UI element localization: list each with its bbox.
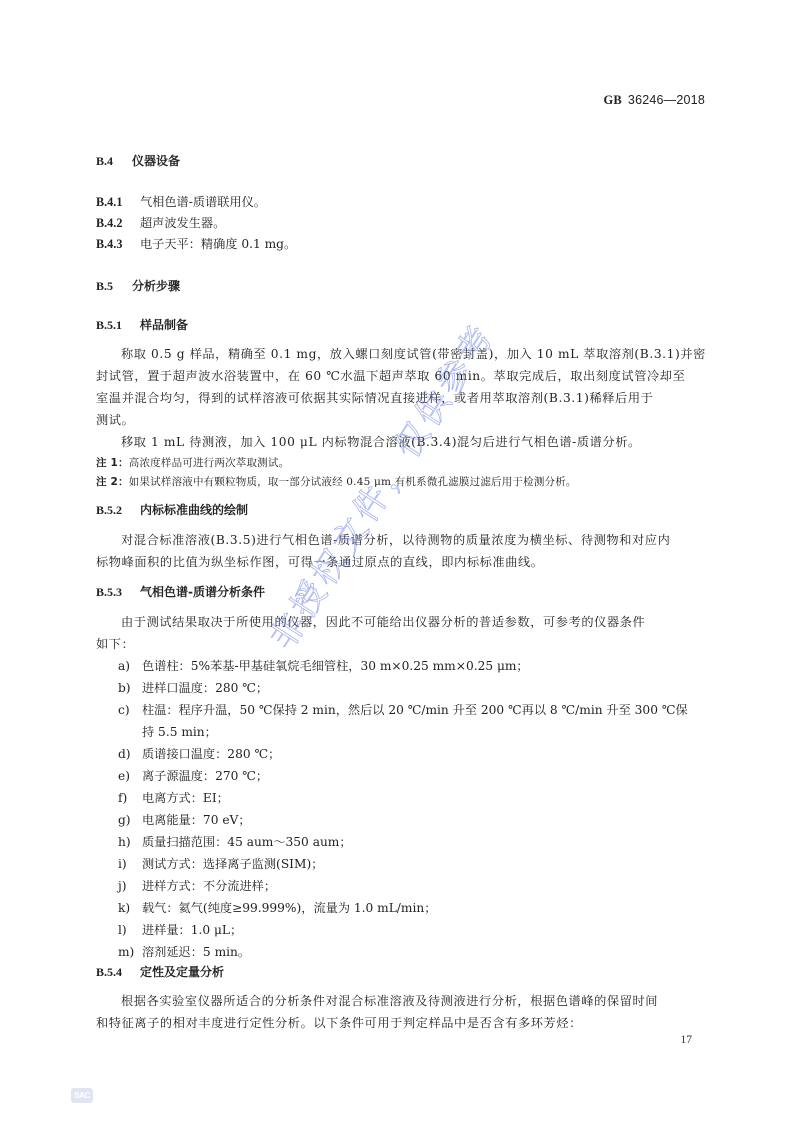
note-label: 注 1： xyxy=(96,457,129,469)
paragraph-line: 测试。 xyxy=(96,411,134,429)
list-item-f: f)电离方式：EI； xyxy=(96,789,229,807)
list-text: 进样口温度：280 ℃； xyxy=(142,681,268,695)
list-item-j: j)进样方式：不分流进样； xyxy=(96,877,276,895)
page-number: 17 xyxy=(681,1034,693,1046)
list-item-k: k)载气：氦气(纯度≥99.999%)，流量为 1.0 mL/min； xyxy=(96,899,436,917)
subsection-title: 样品制备 xyxy=(140,318,188,332)
list-label: j) xyxy=(118,877,142,895)
list-item-i: i)测试方式：选择离子监测(SIM)； xyxy=(96,855,323,873)
list-label: b) xyxy=(118,679,142,697)
clause-text: 超声波发生器。 xyxy=(140,216,225,230)
list-item-e: e)离子源温度：270 ℃； xyxy=(96,767,268,785)
list-text: 离子源温度：270 ℃； xyxy=(142,769,268,783)
subsection-heading-b5-3: B.5.3气相色谱-质谱分析条件 xyxy=(96,583,265,601)
note-text: 高浓度样品可进行两次萃取测试。 xyxy=(129,457,290,469)
standard-code: 36246—2018 xyxy=(628,93,705,107)
paragraph-line: 称取 0.5 g 样品，精确至 0.1 mg，放入螺口刻度试管(带密封盖)，加入… xyxy=(121,345,706,363)
note-1: 注 1：高浓度样品可进行两次萃取测试。 xyxy=(96,454,289,472)
section-title: 分析步骤 xyxy=(132,279,180,293)
clause-number: B.4.3 xyxy=(96,235,140,253)
paragraph-line: 封试管，置于超声波水浴装置中，在 60 ℃水温下超声萃取 60 min。萃取完成… xyxy=(96,367,685,385)
list-text: 进样量：1.0 μL； xyxy=(142,923,242,937)
subsection-title: 定性及定量分析 xyxy=(140,965,224,979)
list-text: 色谱柱：5%苯基-甲基硅氧烷毛细管柱，30 m×0.25 mm×0.25 μm； xyxy=(142,659,529,673)
note-label: 注 2： xyxy=(96,476,129,488)
section-title: 仪器设备 xyxy=(132,154,180,168)
subsection-heading-b5-2: B.5.2内标标准曲线的绘制 xyxy=(96,501,248,519)
section-number: B.5 xyxy=(96,277,132,295)
subsection-heading-b5-1: B.5.1样品制备 xyxy=(96,316,188,334)
paragraph-line: 根据各实验室仪器所适合的分析条件对混合标准溶液及待测液进行分析，根据色谱峰的保留… xyxy=(121,992,658,1010)
section-heading-b5: B.5分析步骤 xyxy=(96,277,180,295)
clause-number: B.4.2 xyxy=(96,214,140,232)
document-page: GB36246—2018 B.4仪器设备 B.4.1气相色谱-质谱联用仪。 B.… xyxy=(0,0,793,1122)
list-text: 柱温：程序升温，50 ℃保持 2 min，然后以 20 ℃/min 升至 200… xyxy=(142,703,688,717)
section-heading-b4: B.4仪器设备 xyxy=(96,152,180,170)
subsection-number: B.5.4 xyxy=(96,963,140,981)
list-label: k) xyxy=(118,899,142,917)
subsection-number: B.5.3 xyxy=(96,583,140,601)
paragraph-line: 对混合标准溶液(B.3.5)进行气相色谱-质谱分析，以待测物的质量浓度为横坐标、… xyxy=(121,531,670,549)
list-item-d: d)质谱接口温度：280 ℃； xyxy=(96,745,280,763)
list-item-h: h)质量扫描范围：45 aum～350 aum； xyxy=(96,833,352,851)
list-text: 质谱接口温度：280 ℃； xyxy=(142,747,280,761)
subsection-number: B.5.2 xyxy=(96,501,140,519)
sac-logo-icon: SAC xyxy=(71,1088,93,1103)
subsection-number: B.5.1 xyxy=(96,316,140,334)
paragraph-line: 由于测试结果取决于所使用的仪器，因此不可能给出仪器分析的普适参数，可参考的仪器条… xyxy=(121,613,645,631)
list-item-a: a)色谱柱：5%苯基-甲基硅氧烷毛细管柱，30 m×0.25 mm×0.25 μ… xyxy=(96,657,529,675)
list-label: e) xyxy=(118,767,142,785)
list-item-g: g)电离能量：70 eV； xyxy=(96,811,251,829)
section-number: B.4 xyxy=(96,152,132,170)
list-label: i) xyxy=(118,855,142,873)
list-label: h) xyxy=(118,833,142,851)
subsection-heading-b5-4: B.5.4定性及定量分析 xyxy=(96,963,224,981)
paragraph-line: 和特征离子的相对丰度进行定性分析。以下条件可用于判定样品中是否含有多环芳烃： xyxy=(96,1014,582,1032)
standard-number: GB36246—2018 xyxy=(603,93,705,108)
clause-b4-1: B.4.1气相色谱-质谱联用仪。 xyxy=(96,193,266,211)
list-label: g) xyxy=(118,811,142,829)
clause-text: 电子天平：精确度 0.1 mg。 xyxy=(140,237,296,251)
note-2: 注 2：如果试样溶液中有颗粒物质，取一部分试液经 0.45 μm 有机系微孔滤膜… xyxy=(96,473,577,491)
list-label: l) xyxy=(118,921,142,939)
clause-b4-3: B.4.3电子天平：精确度 0.1 mg。 xyxy=(96,235,296,253)
list-item-b: b)进样口温度：280 ℃； xyxy=(96,679,268,697)
list-text: 进样方式：不分流进样； xyxy=(142,879,276,893)
list-text-continuation: 持 5.5 min； xyxy=(142,723,217,741)
paragraph-line: 室温并混合均匀，得到的试样溶液可依据其实际情况直接进样，或者用萃取溶剂(B.3.… xyxy=(96,389,653,407)
standard-prefix: GB xyxy=(603,93,621,107)
paragraph-line: 标物峰面积的比值为纵坐标作图，可得一条通过原点的直线，即内标标准曲线。 xyxy=(96,553,544,571)
subsection-title: 气相色谱-质谱分析条件 xyxy=(140,585,265,599)
list-item-m: m)溶剂延迟：5 min。 xyxy=(96,943,250,961)
note-text: 如果试样溶液中有颗粒物质，取一部分试液经 0.45 μm 有机系微孔滤膜过滤后用… xyxy=(129,476,577,488)
paragraph-line: 如下： xyxy=(96,635,134,653)
list-item-c: c)柱温：程序升温，50 ℃保持 2 min，然后以 20 ℃/min 升至 2… xyxy=(96,701,688,719)
list-label: m) xyxy=(118,943,142,961)
clause-number: B.4.1 xyxy=(96,193,140,211)
list-text: 电离能量：70 eV； xyxy=(142,813,251,827)
clause-text: 气相色谱-质谱联用仪。 xyxy=(140,195,266,209)
subsection-title: 内标标准曲线的绘制 xyxy=(140,503,248,517)
paragraph-line: 移取 1 mL 待测液，加入 100 μL 内标物混合溶液(B.3.4)混匀后进… xyxy=(121,433,641,451)
list-item-l: l)进样量：1.0 μL； xyxy=(96,921,242,939)
list-text: 电离方式：EI； xyxy=(142,791,229,805)
list-label: d) xyxy=(118,745,142,763)
list-text: 质量扫描范围：45 aum～350 aum； xyxy=(142,835,352,849)
list-label: a) xyxy=(118,657,142,675)
list-text: 测试方式：选择离子监测(SIM)； xyxy=(142,857,323,871)
clause-b4-2: B.4.2超声波发生器。 xyxy=(96,214,225,232)
list-text: 载气：氦气(纯度≥99.999%)，流量为 1.0 mL/min； xyxy=(142,901,436,915)
list-label: c) xyxy=(118,701,142,719)
list-text: 溶剂延迟：5 min。 xyxy=(142,945,250,959)
list-label: f) xyxy=(118,789,142,807)
